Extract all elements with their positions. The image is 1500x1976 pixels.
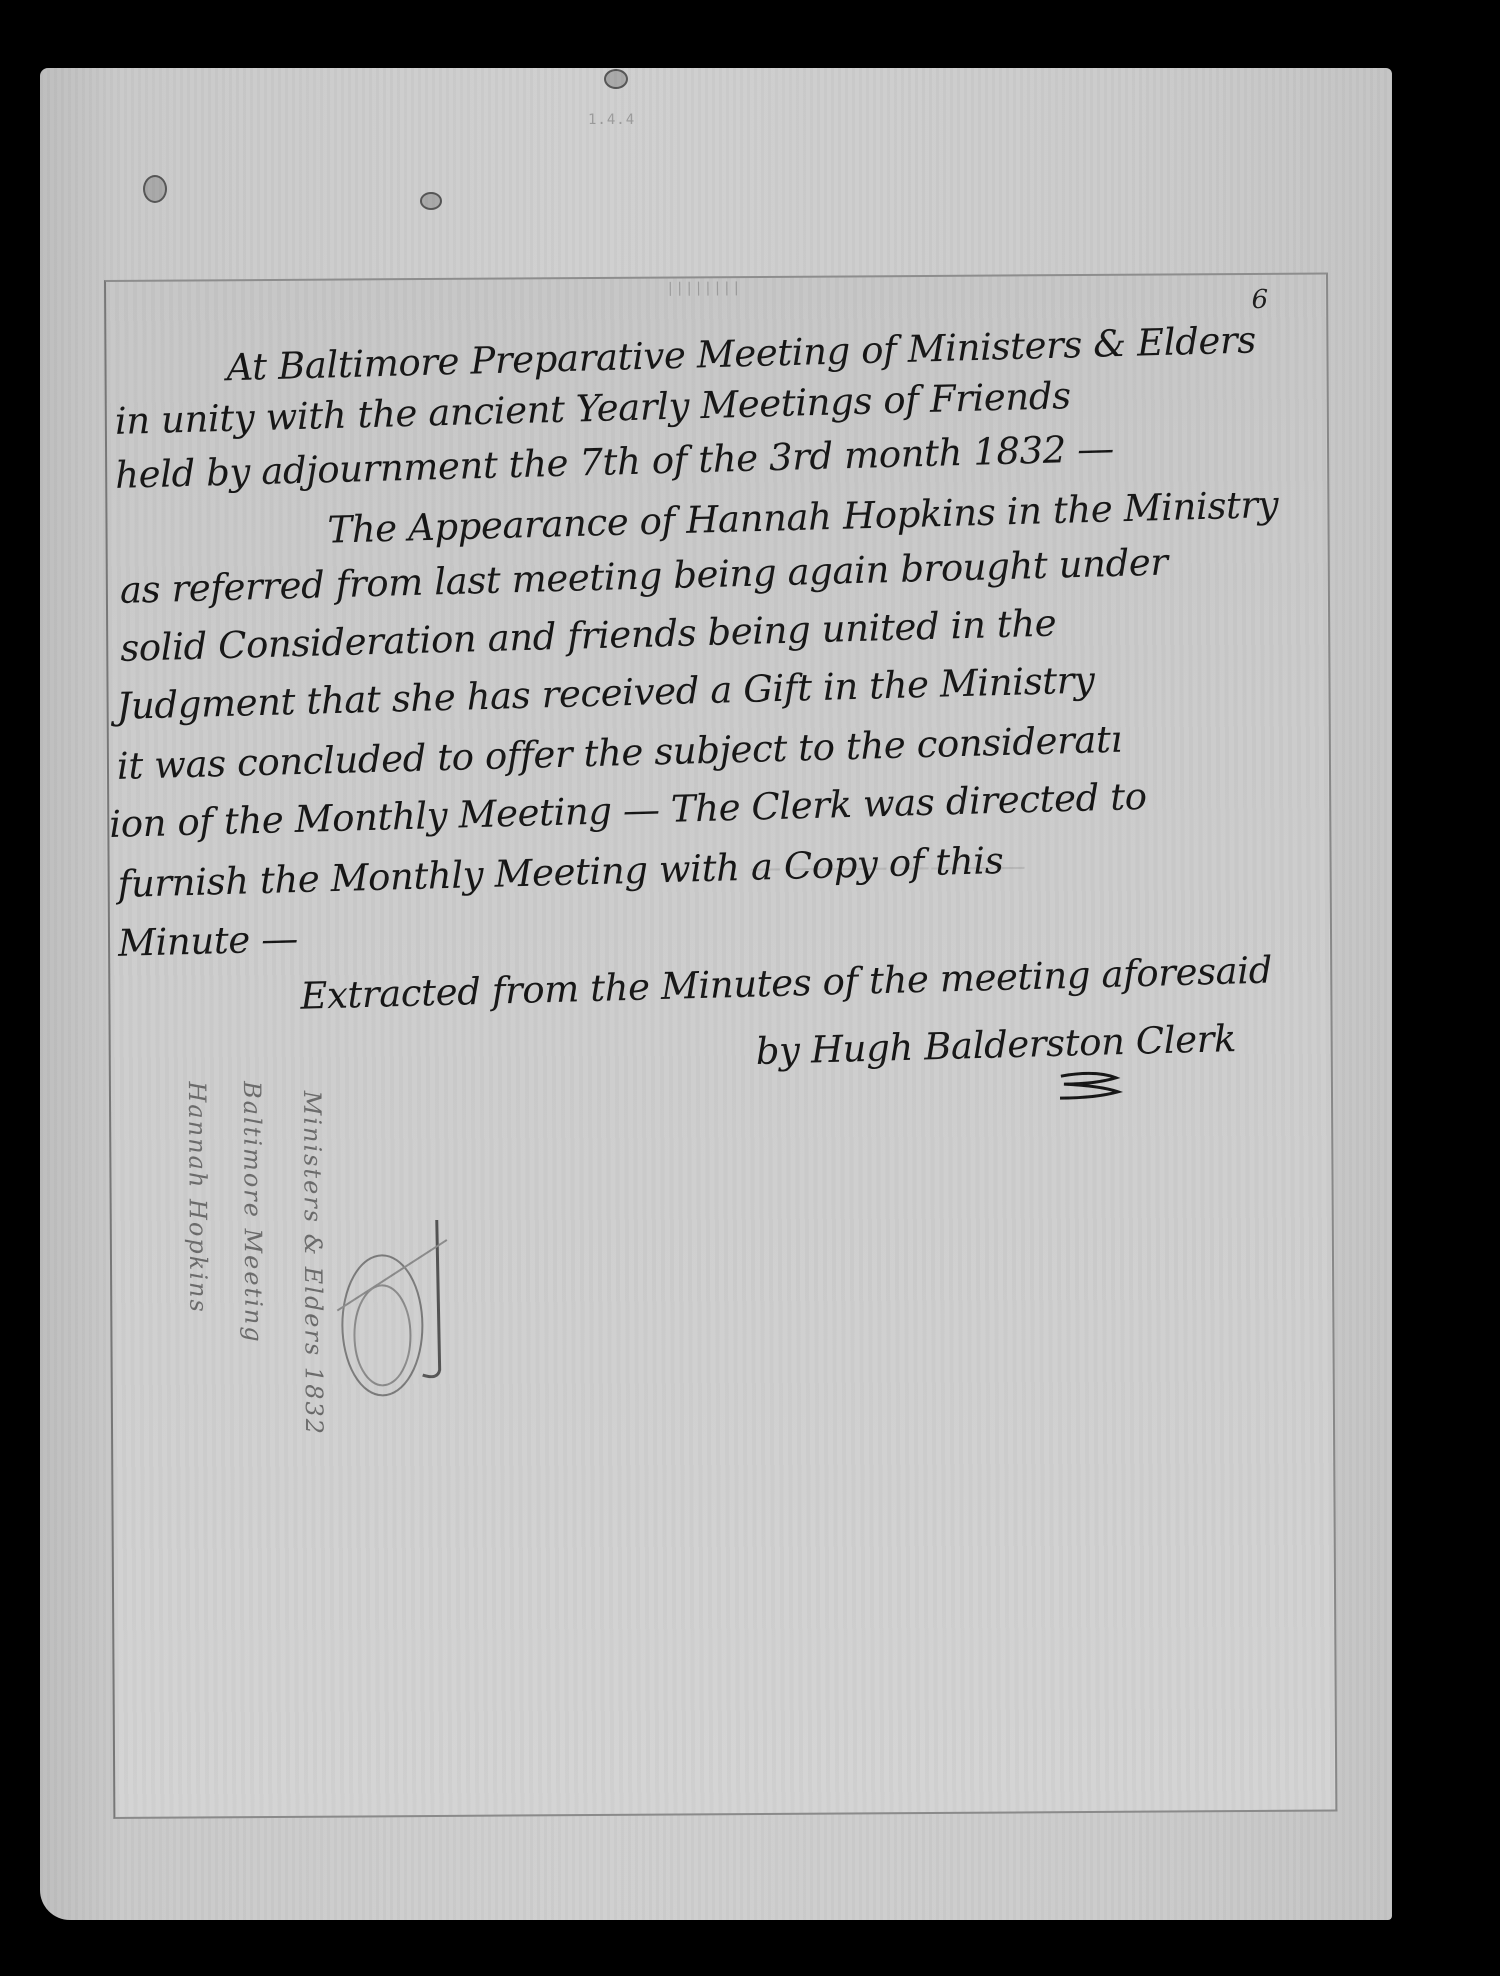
body-line-8: Minute — (117, 917, 298, 965)
endorsement-col-2: Baltimore Meeting (238, 1081, 268, 1344)
body-line-1: The Appearance of Hannah Hopkins in the … (327, 483, 1279, 552)
signature-flourish-icon (1056, 1066, 1136, 1106)
heading-line-3: held by adjournment the 7th of the 3rd m… (115, 427, 1115, 497)
punch-hole-left (143, 175, 167, 203)
body-line-2: as referred from last meeting being agai… (119, 541, 1168, 612)
heading-line-1: At Baltimore Preparative Meeting of Mini… (226, 318, 1256, 389)
document-sheet: |||||||| 6 — ——— ———— At Baltimore Prepa… (104, 273, 1337, 1819)
endorsement-col-3: Ministers & Elders 1832 (298, 1091, 328, 1436)
sheet-stamp: |||||||| (666, 280, 742, 296)
body-line-3: solid Consideration and friends being un… (120, 602, 1057, 670)
body-line-4: Judgment that she has received a Gift in… (116, 658, 1095, 727)
punch-hole-top (604, 69, 628, 89)
heading-line-2: in unity with the ancient Yearly Meeting… (114, 374, 1071, 443)
body-line-7: furnish the Monthly Meeting with a Copy … (117, 839, 1004, 906)
bleed-through-text: — ——— ———— (749, 846, 1026, 886)
page-number: 6 (1252, 285, 1269, 315)
endorsement-seal-flourish-icon (327, 1180, 458, 1411)
body-line-6: ion of the Monthly Meeting — The Clerk w… (109, 775, 1147, 846)
extract-line: Extracted from the Minutes of the meetin… (300, 949, 1273, 1018)
top-stamp: 1.4.4 (588, 112, 635, 128)
body-line-5: it was concluded to offer the subject to… (116, 718, 1122, 788)
endorsement-col-1: Hannah Hopkins (183, 1081, 212, 1313)
clerk-signature-line: by Hugh Balderston Clerk (755, 1017, 1236, 1073)
punch-hole-center (420, 192, 442, 210)
